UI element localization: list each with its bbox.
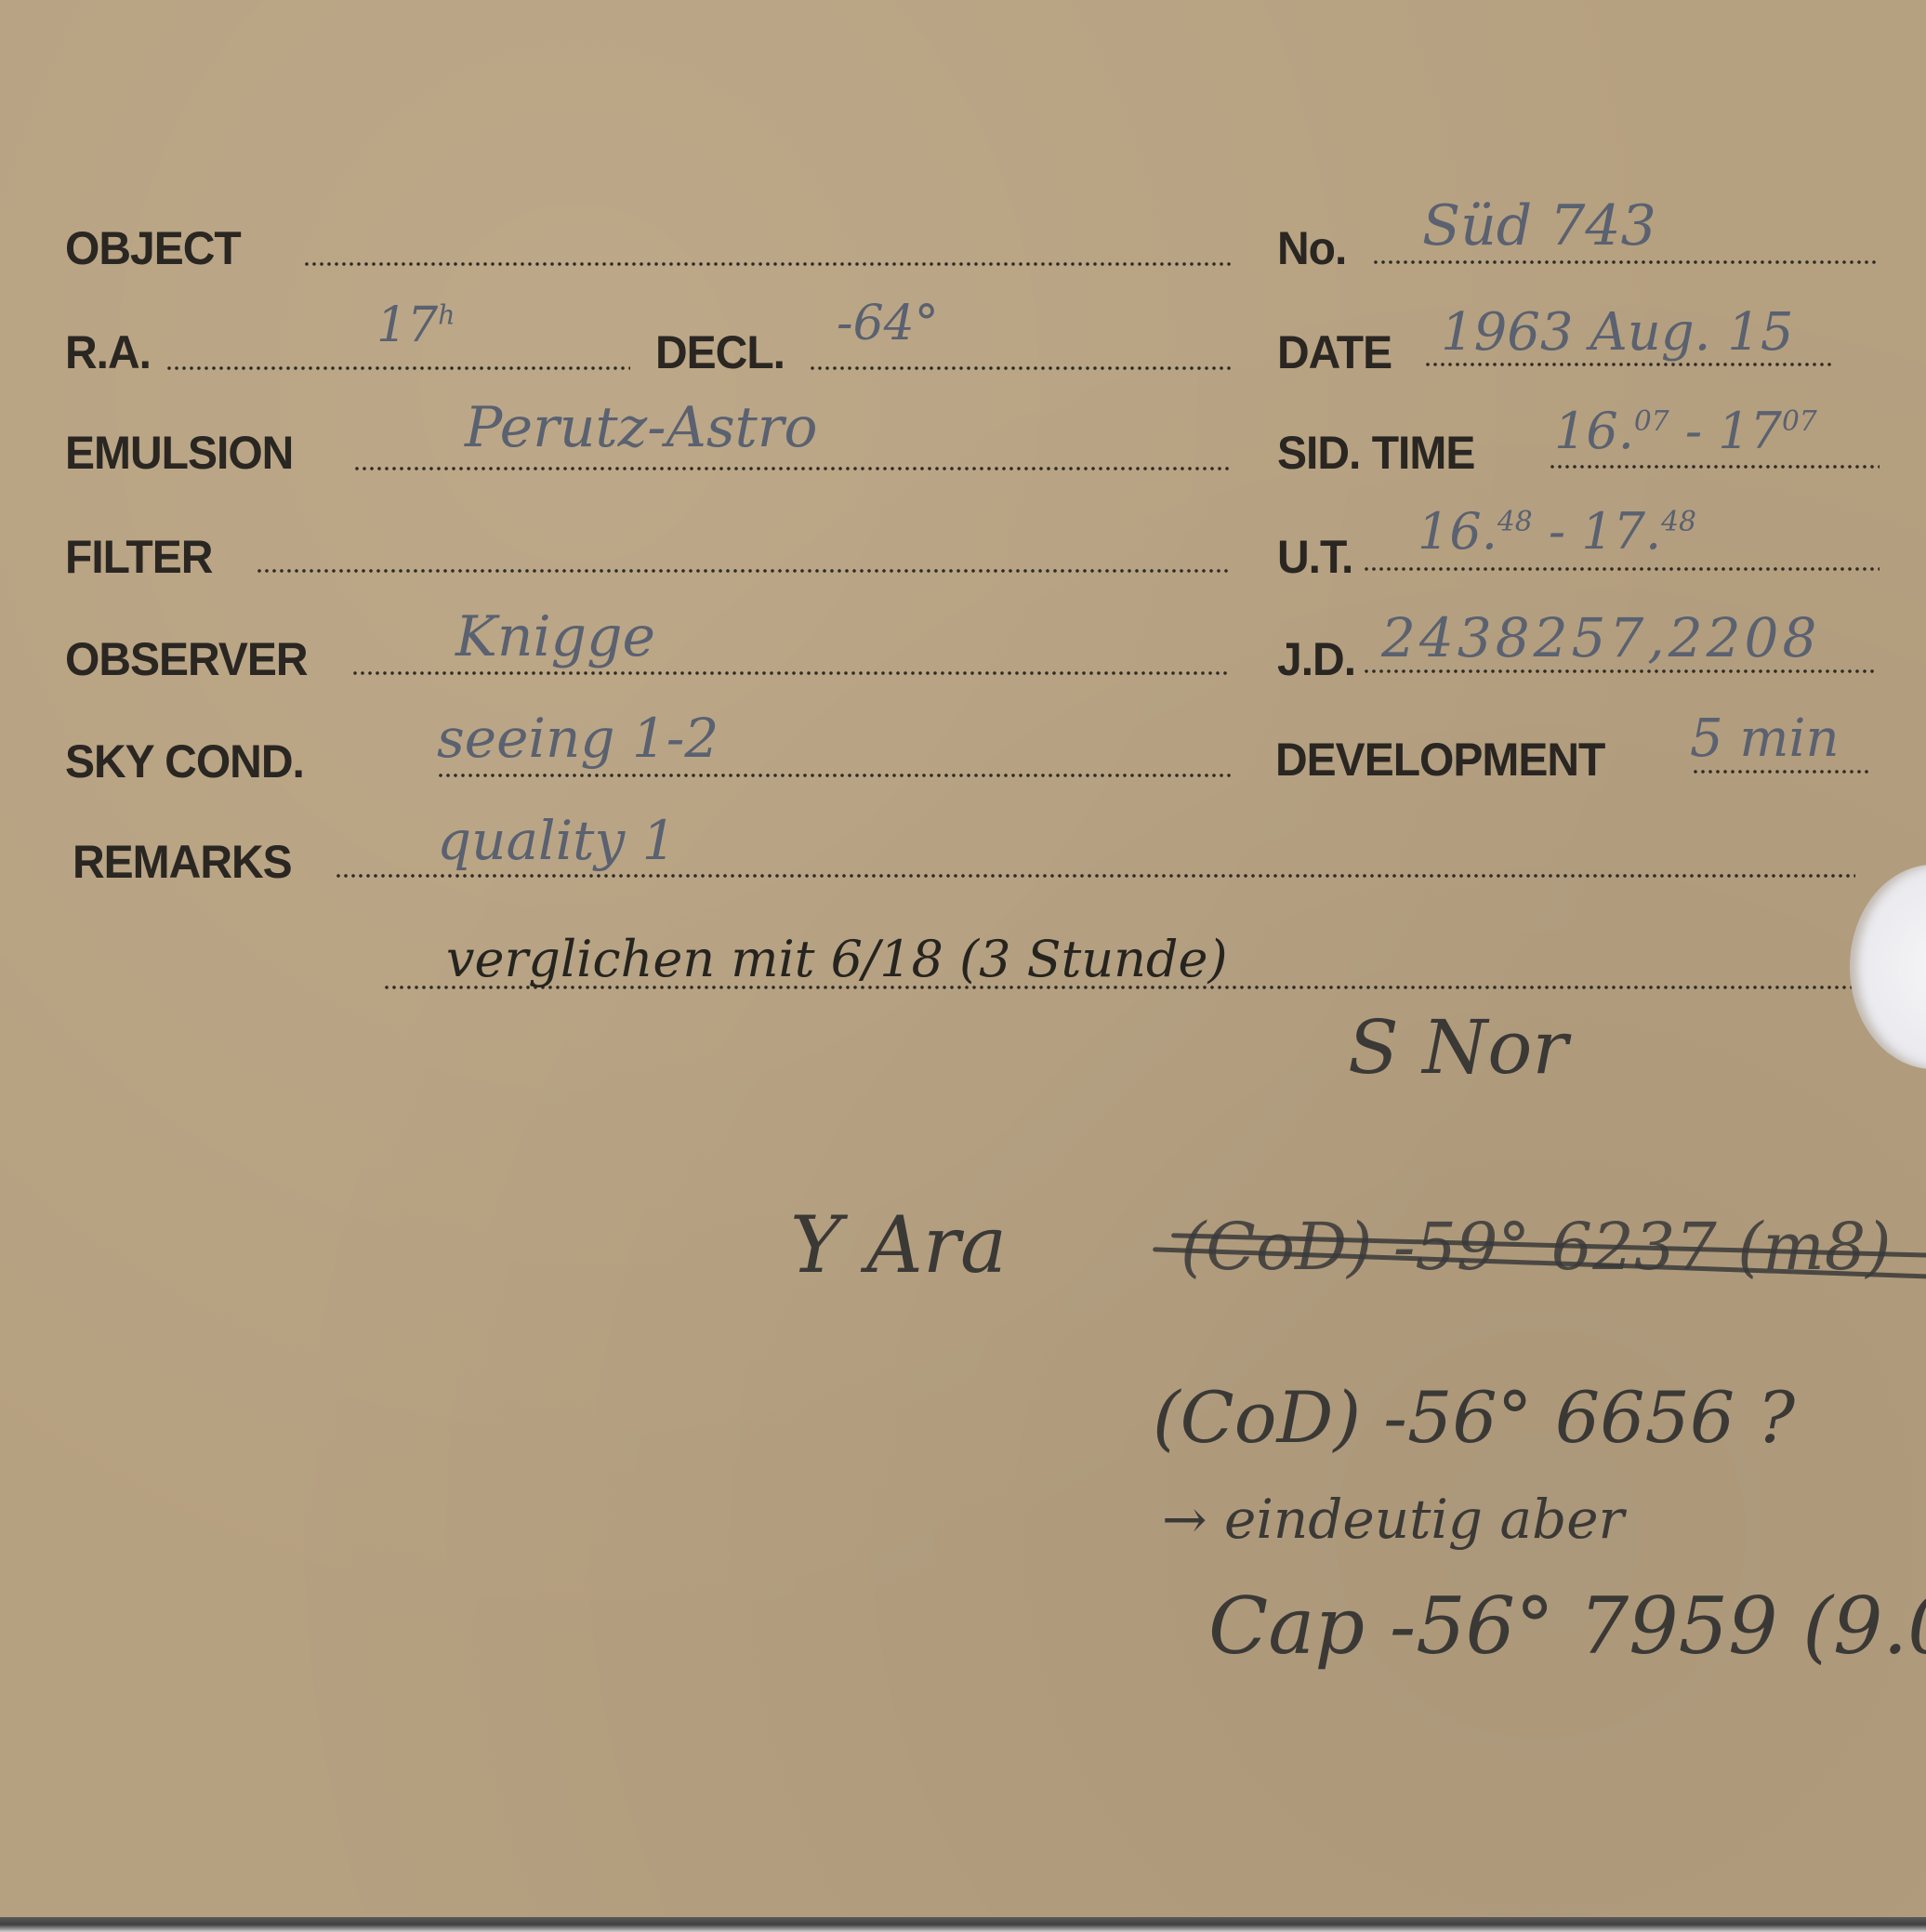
line-observer — [351, 671, 1231, 675]
value-jd: 2438257,2208 — [1381, 606, 1820, 669]
label-development: DEVELOPMENT — [1275, 734, 1604, 787]
label-sky-cond: SKY COND. — [65, 735, 304, 789]
line-development — [1692, 770, 1872, 774]
line-no — [1372, 260, 1880, 264]
scan-edge — [0, 1917, 1926, 1932]
line-sid-time — [1549, 465, 1880, 469]
annotation-cap-line: Cap -56° 7959 (9.0m — [1208, 1581, 1926, 1672]
line-ut — [1363, 567, 1880, 571]
line-ra — [165, 366, 630, 370]
value-sid-time: 16.07 - 1707 — [1554, 402, 1817, 460]
line-remarks — [335, 874, 1855, 878]
annotation-y-ara: Y Ara — [790, 1199, 1007, 1290]
line-date — [1424, 363, 1833, 366]
annotation-s-nor: S Nor — [1348, 1004, 1568, 1091]
value-date: 1963 Aug. 15 — [1441, 302, 1794, 363]
value-remarks-2: verglichen mit 6/18 (3 Stunde) — [446, 930, 1228, 988]
value-remarks: quality 1 — [437, 809, 677, 872]
label-sid-time: SID. TIME — [1277, 427, 1474, 481]
line-object — [303, 262, 1231, 266]
annotation-note: → eindeutig aber — [1162, 1488, 1624, 1551]
line-jd — [1363, 669, 1874, 673]
label-observer: OBSERVER — [65, 633, 308, 687]
value-ut: 16.48 - 17.48 — [1418, 502, 1696, 561]
value-sky-cond: seeing 1-2 — [437, 707, 719, 770]
label-remarks: REMARKS — [73, 836, 292, 890]
label-ut: U.T. — [1277, 531, 1352, 585]
label-object: OBJECT — [65, 222, 241, 276]
label-no: No. — [1277, 222, 1346, 276]
value-observer: Knigge — [455, 604, 655, 669]
label-emulsion: EMULSION — [65, 427, 293, 481]
thumb-notch — [1850, 865, 1926, 1069]
value-ra: 17h — [376, 298, 455, 353]
label-date: DATE — [1277, 326, 1392, 380]
line-filter — [256, 569, 1231, 573]
value-no: Süd 743 — [1422, 193, 1656, 258]
line-emulsion — [353, 467, 1231, 470]
label-decl: DECL. — [655, 326, 785, 380]
value-emulsion: Perutz-Astro — [465, 395, 818, 460]
plate-envelope: OBJECT R.A. 17h DECL. -64° EMULSION Peru… — [0, 0, 1926, 1917]
value-development: 5 min — [1690, 708, 1840, 769]
line-sky-cond — [437, 774, 1231, 777]
label-ra: R.A. — [65, 326, 151, 380]
line-decl — [809, 366, 1231, 370]
value-decl: -64° — [837, 296, 939, 351]
annotation-cod-line: (CoD) -56° 6656 ? — [1153, 1376, 1795, 1459]
label-filter: FILTER — [65, 531, 212, 585]
label-jd: J.D. — [1277, 633, 1355, 687]
